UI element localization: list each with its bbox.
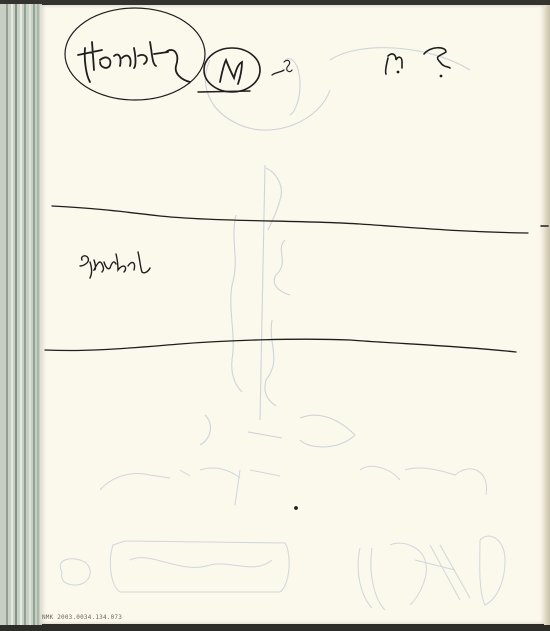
m-circle xyxy=(204,48,260,92)
faint-pencil-figure xyxy=(200,48,470,447)
upper-rule xyxy=(52,206,528,233)
faint-lower-sketches xyxy=(60,466,505,610)
page-drawings xyxy=(0,0,550,631)
ink-strokes xyxy=(45,8,548,509)
archive-label: NMK 2003.0034.134.073 xyxy=(42,614,122,621)
lower-rule xyxy=(45,339,516,352)
scan-bottom-edge xyxy=(0,625,550,631)
